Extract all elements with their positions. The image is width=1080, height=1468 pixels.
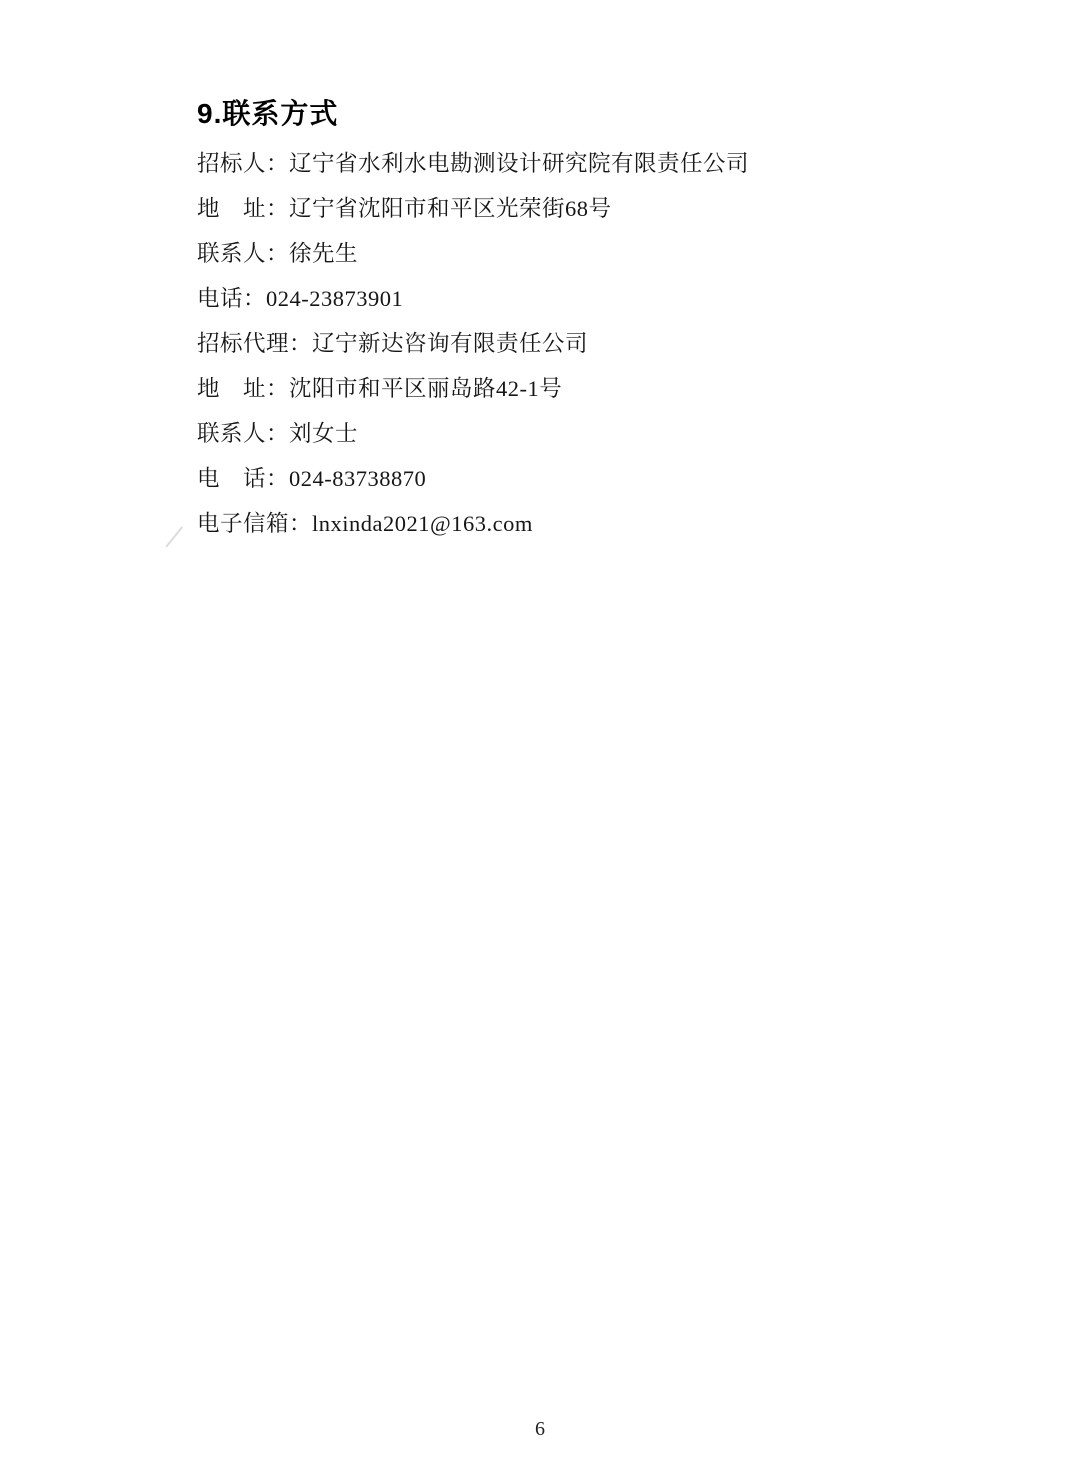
contact-line-tenderer-address: 地 址：辽宁省沈阳市和平区光荣街68号	[197, 186, 937, 231]
contact-label: 电子信箱：	[197, 511, 312, 536]
contact-label: 地 址：	[197, 196, 289, 221]
scan-artifact-mark	[165, 526, 183, 547]
contact-value: 辽宁省水利水电勘测设计研究院有限责任公司	[289, 151, 749, 176]
document-page: 9.联系方式 招标人：辽宁省水利水电勘测设计研究院有限责任公司 地 址：辽宁省沈…	[0, 0, 1080, 1468]
contact-value: 沈阳市和平区丽岛路42-1号	[289, 376, 562, 401]
contact-line-tenderer: 招标人：辽宁省水利水电勘测设计研究院有限责任公司	[197, 141, 937, 186]
contact-value: 刘女士	[289, 421, 358, 446]
contact-value: 024-23873901	[266, 286, 403, 311]
contact-value: 徐先生	[289, 241, 358, 266]
contact-label: 联系人：	[197, 241, 289, 266]
page-number: 6	[0, 1417, 1080, 1441]
contact-value: 024-83738870	[289, 466, 426, 491]
contact-line-tenderer-phone: 电话：024-23873901	[197, 276, 937, 321]
contact-line-agency-email: 电子信箱：lnxinda2021@163.com	[197, 501, 937, 546]
contact-line-tenderer-person: 联系人：徐先生	[197, 231, 937, 276]
contact-value: 辽宁新达咨询有限责任公司	[312, 331, 588, 356]
contact-label: 招标人：	[197, 151, 289, 176]
contact-label: 电 话：	[197, 466, 289, 491]
contact-label: 电话：	[197, 286, 266, 311]
contact-label: 联系人：	[197, 421, 289, 446]
contact-value: lnxinda2021@163.com	[312, 511, 533, 536]
contact-label: 招标代理：	[197, 331, 312, 356]
contact-line-agency: 招标代理：辽宁新达咨询有限责任公司	[197, 321, 937, 366]
contact-label: 地 址：	[197, 376, 289, 401]
contact-value: 辽宁省沈阳市和平区光荣街68号	[289, 196, 612, 221]
contact-line-agency-phone: 电 话：024-83738870	[197, 456, 937, 501]
contact-line-agency-person: 联系人：刘女士	[197, 411, 937, 456]
contact-line-agency-address: 地 址：沈阳市和平区丽岛路42-1号	[197, 366, 937, 411]
contact-section: 9.联系方式 招标人：辽宁省水利水电勘测设计研究院有限责任公司 地 址：辽宁省沈…	[197, 97, 937, 546]
section-heading: 9.联系方式	[197, 97, 937, 131]
